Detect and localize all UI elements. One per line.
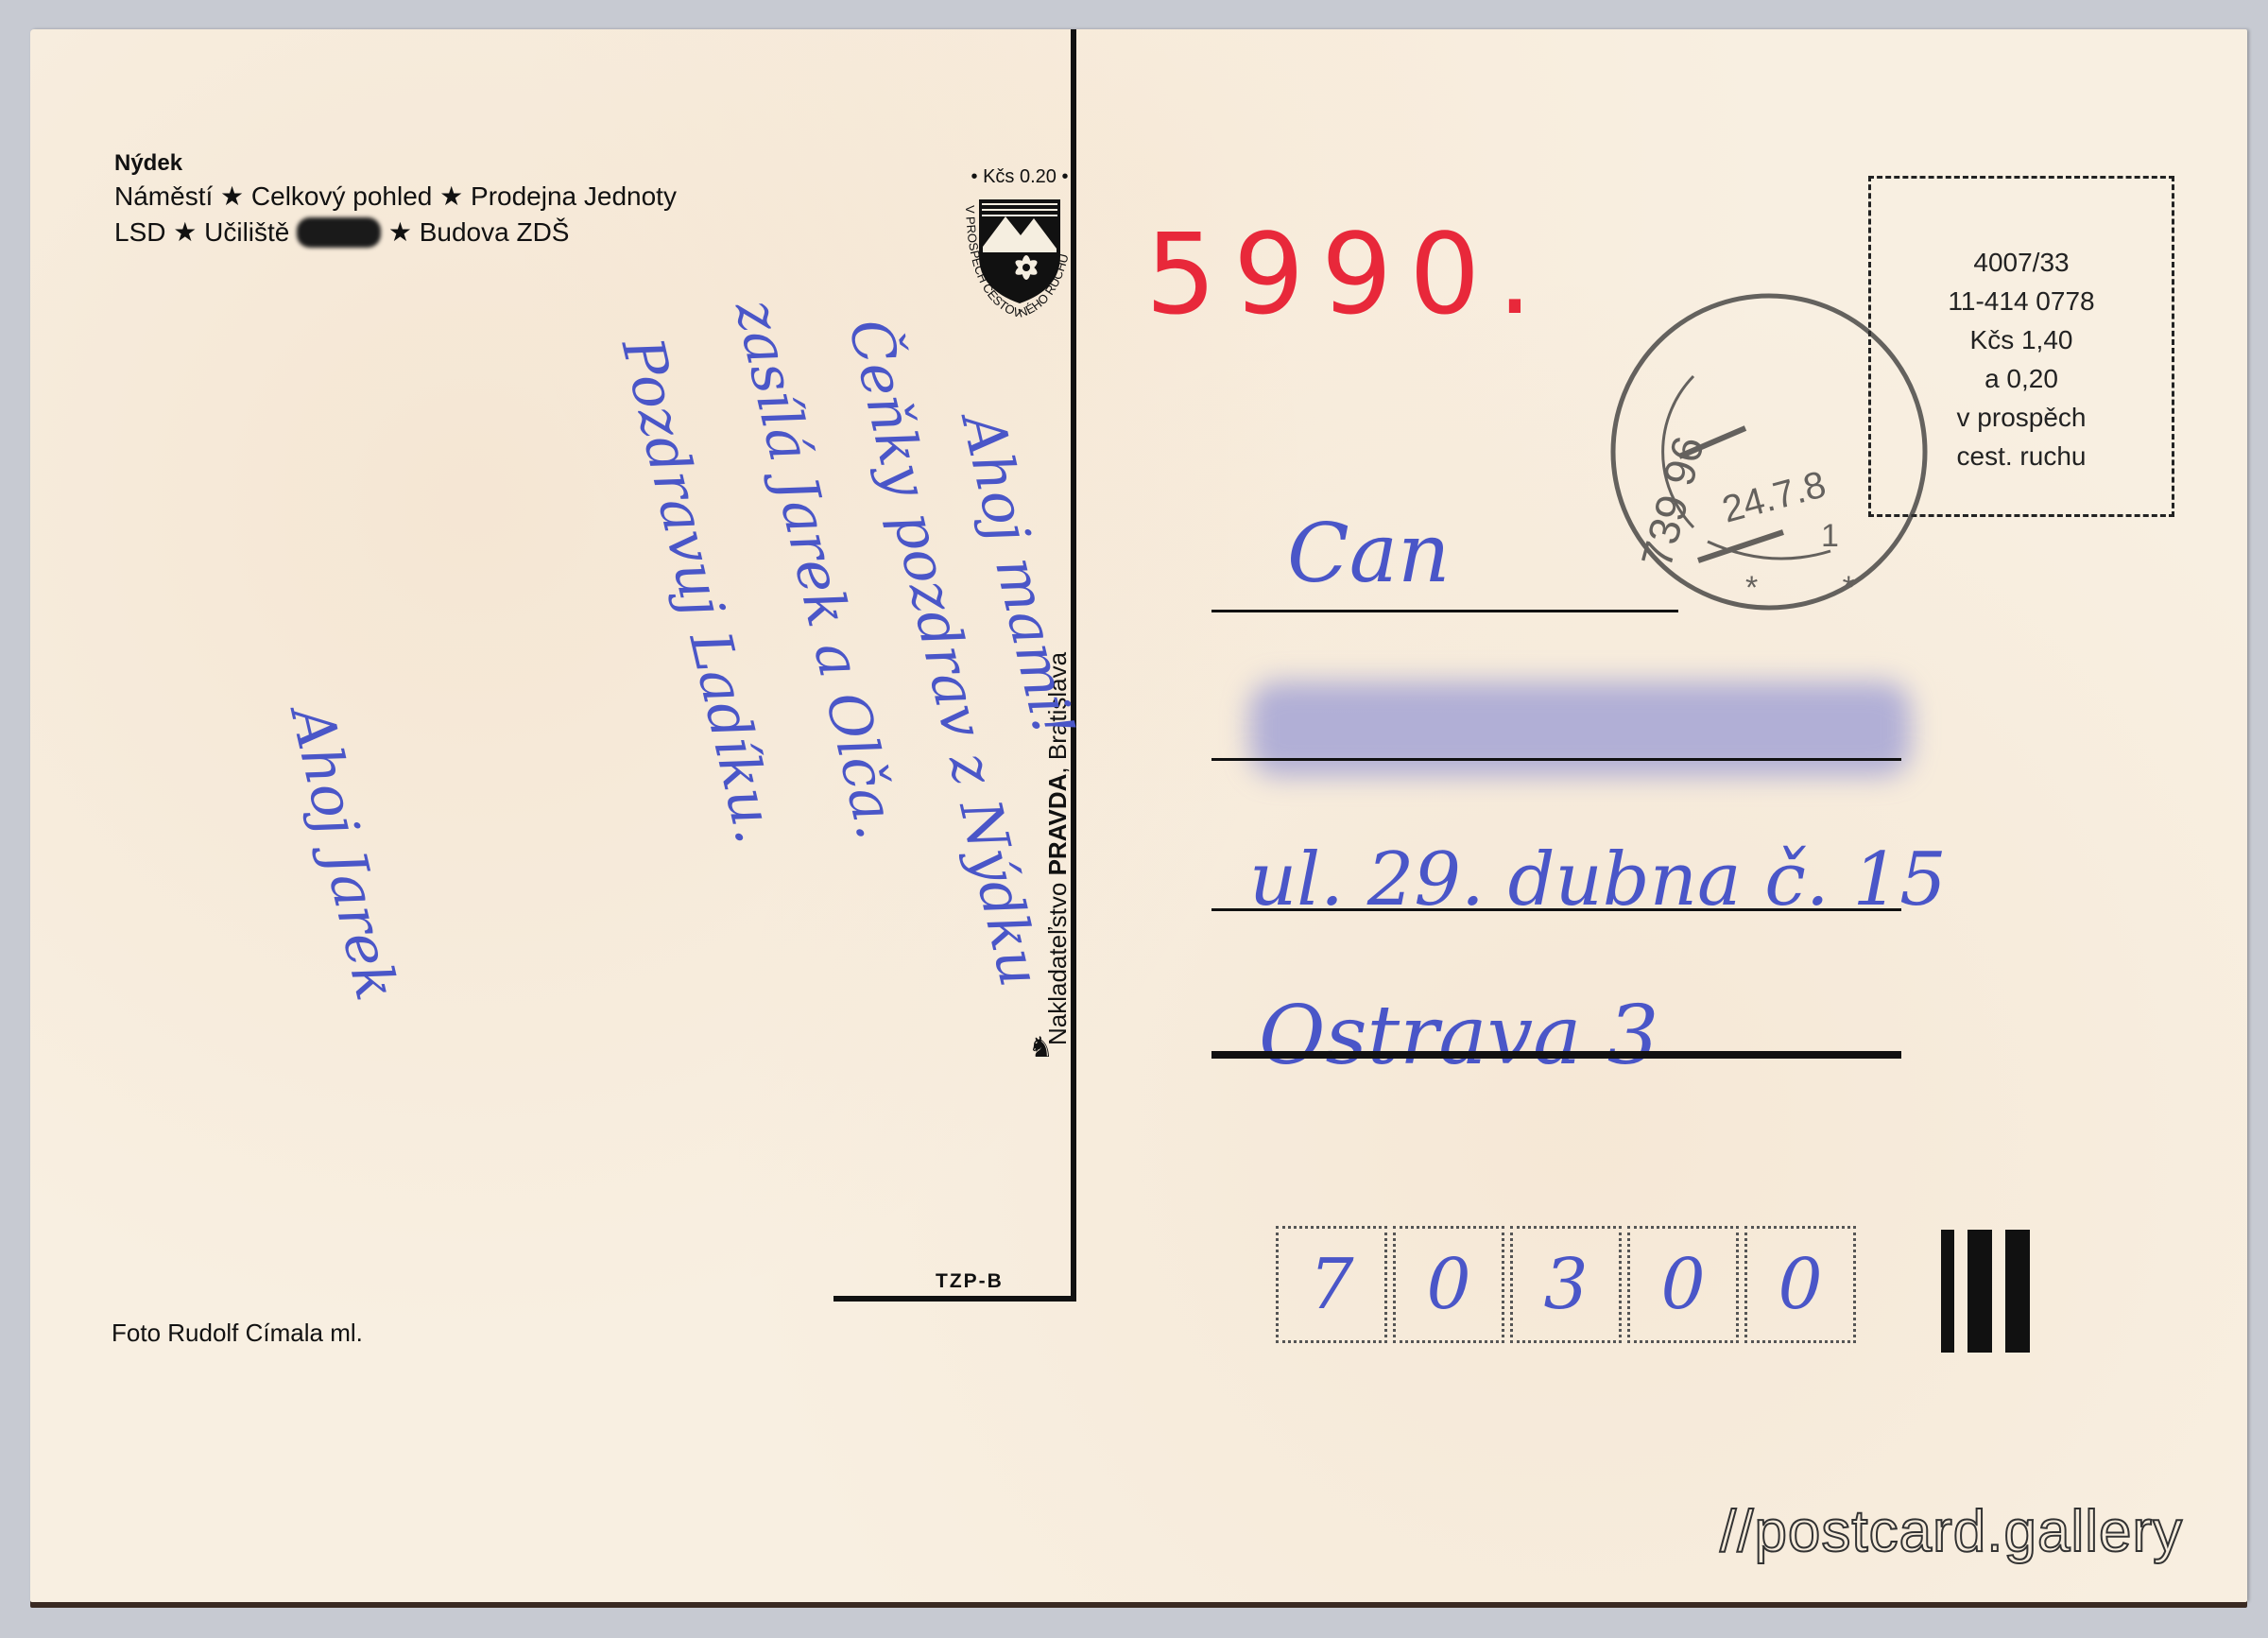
address-line-2 — [1211, 758, 1901, 761]
red-handwritten-number: 5990. — [1145, 209, 1550, 339]
address-name-redacted — [1249, 681, 1911, 776]
barcode-bar — [2005, 1230, 2030, 1353]
address-line-1 — [1211, 610, 1678, 612]
postal-barcode-icon — [1941, 1230, 2030, 1353]
postcard-back: Nýdek Náměstí ★ Celkový pohled ★ Prodejn… — [30, 29, 2247, 1602]
zip-digit-box: 0 — [1744, 1226, 1856, 1343]
zip-digit-box: 3 — [1510, 1226, 1622, 1343]
postmark-icon: 739 96 24.7.8 1 * * * — [1604, 286, 1934, 617]
caption-line-2-prefix: LSD ★ Učiliště — [114, 217, 289, 247]
barcode-bar — [1967, 1230, 1992, 1353]
barcode-bar — [1941, 1230, 1954, 1353]
svg-text:• Kčs 0.20 •: • Kčs 0.20 • — [971, 166, 1069, 187]
address-line-4 — [1211, 1051, 1901, 1059]
svg-text:24.7.8: 24.7.8 — [1718, 463, 1830, 530]
address-line-3 — [1211, 908, 1901, 911]
zip-digit-box: 7 — [1276, 1226, 1387, 1343]
publisher-logo-icon: ♞ — [1028, 1031, 1054, 1064]
photo-credit: Foto Rudolf Címala ml. — [112, 1319, 363, 1348]
signature: Ahoj Jarek — [278, 700, 409, 1007]
watermark: //postcard.gallery — [1720, 1498, 2183, 1565]
svg-text:739 96: 739 96 — [1631, 431, 1713, 572]
redacted-text: NHKG — [297, 217, 381, 248]
divider-line-bottom — [833, 1296, 1076, 1302]
caption-line-2-suffix: ★ Budova ZDŠ — [388, 217, 570, 247]
svg-text:1: 1 — [1821, 518, 1839, 554]
postage-line: 4007/33 — [1871, 243, 2172, 282]
svg-text:* * *: * * * — [1745, 570, 1934, 606]
caption-line-1: Náměstí ★ Celkový pohled ★ Prodejna Jedn… — [114, 181, 677, 212]
caption-line-2: LSD ★ Učiliště NHKG ★ Budova ZDŠ — [114, 216, 569, 248]
series-code: TZP-B — [936, 1270, 1004, 1293]
address-city: Ostrava 3 — [1259, 989, 1659, 1083]
address-salutation: Can — [1287, 507, 1450, 601]
caption-title: Nýdek — [114, 150, 182, 177]
zip-digit-box: 0 — [1393, 1226, 1504, 1343]
publisher-name: PRAVDA — [1043, 774, 1072, 876]
zip-digit-box: 0 — [1627, 1226, 1739, 1343]
